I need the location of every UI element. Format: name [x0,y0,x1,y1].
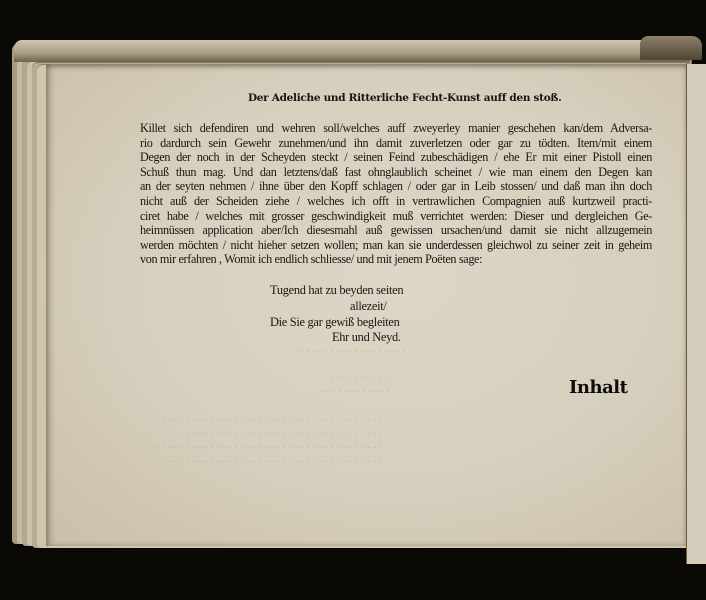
verse-line: allezeit/ [270,299,445,315]
catchword: Inhalt [569,377,627,398]
text-line: Schuß thun mag. Und dan letztens/daß fas… [140,165,652,180]
book-top-edge [14,40,690,62]
text-line: heimnüssen application aber/Ich diesesma… [140,223,652,238]
book-scan-viewer: · · · · · · · · · · · · · · · · · · · · … [0,0,706,600]
bleed-through-text: · · · · · · · · · · · · · · · · · · · [300,346,412,358]
text-line: von mir erfahren , Womit ich endlich sch… [140,252,652,267]
text-line: an der seyten nehmen / ihne über den Kop… [140,179,652,194]
text-line: rio dardurch sein Gewehr zunehmen/und ih… [140,136,652,151]
bleed-through-text: · · · · · · · · · · · · · · · · · · · · … [150,456,382,468]
text-line: Degen der noch in der Scheyden steckt / … [140,150,652,165]
body-paragraph: Killet sich defendiren und wehren soll/w… [140,121,652,267]
text-line: werden möchten / nicht hieher setzen wol… [140,238,652,253]
text-line: nicht auß der Scheiden ziehe / welches i… [140,194,652,209]
verse-quote: Tugend hat zu beyden seiten allezeit/ Di… [270,283,445,346]
bleed-through-text: · · · · · · · · · · · · [320,386,390,398]
text-line: Killet sich defendiren und wehren soll/w… [140,121,652,136]
verse-line: Ehr und Neyd. [270,330,445,346]
facing-page-edge [686,64,706,564]
binding-spine [640,36,702,60]
running-head: Der Adeliche und Ritterliche Fecht-Kunst… [248,92,558,104]
text-line: ciret habe / welches mit grosser geschwi… [140,209,652,224]
bleed-through-text: · · · · · · · · · · · · · · · · · · · · … [150,414,620,426]
bleed-through-text: · · · · · · · · · · · · · · · · · · · · … [150,428,382,440]
bleed-through-text: · · · · · · · · · · [330,372,388,384]
verse-line: Die Sie gar gewiß begleiten [270,315,445,331]
bleed-through-text: · · · · · · · · · · · · · · · · · · · · … [150,442,382,454]
verse-line: Tugend hat zu beyden seiten [270,283,445,299]
